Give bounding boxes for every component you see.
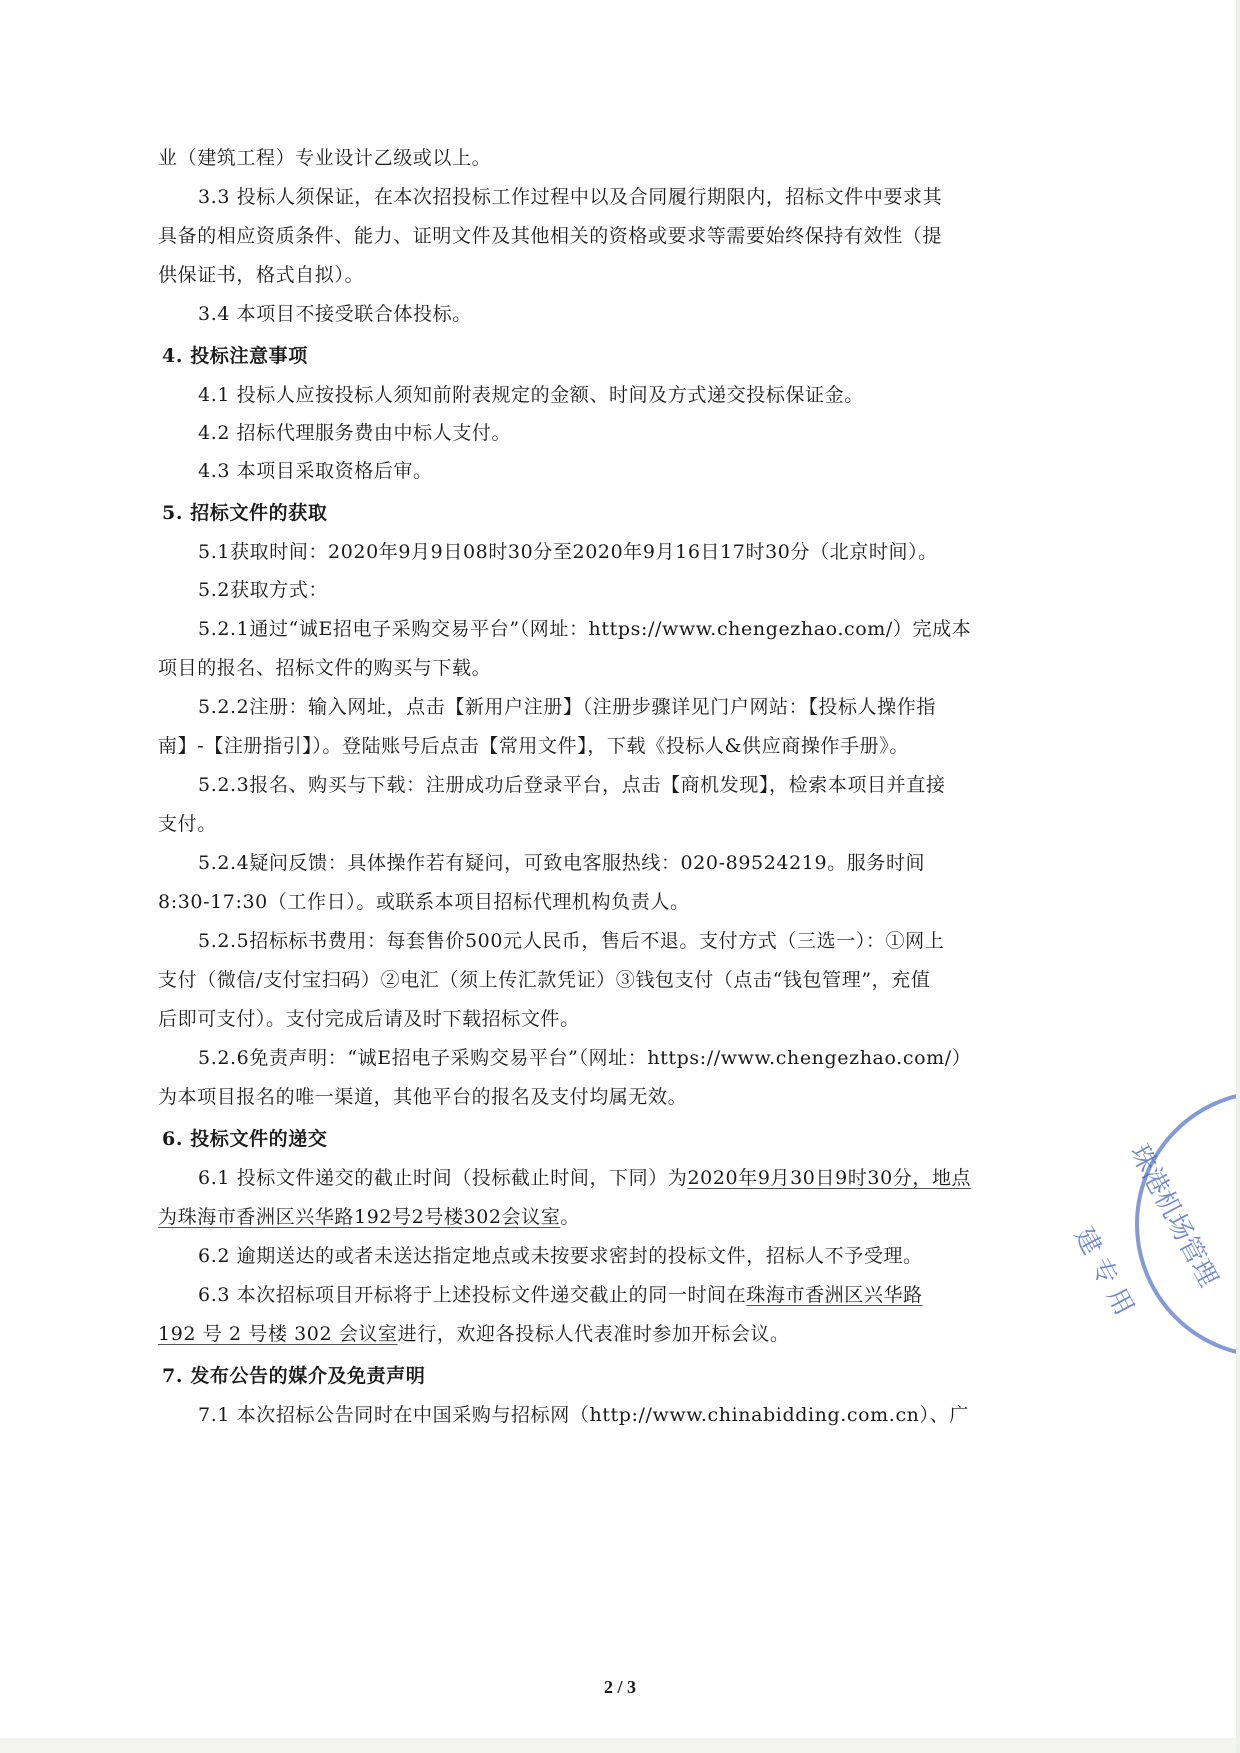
paragraph-6-1-line-1: 6.1 投标文件递交的截止时间（投标截止时间，下同）为2020年9月30日9时3… [198, 1166, 971, 1190]
paragraph-6-3-line-1: 6.3 本次招标项目开标将于上述投标文件递交截止的同一时间在珠海市香洲区兴华路 [198, 1283, 923, 1307]
paragraph-4-3: 4.3 本项目采取资格后审。 [198, 459, 433, 483]
paragraph-6-1-location-underlined: 为珠海市香洲区兴华路192号2号楼302会议室 [158, 1206, 560, 1228]
paragraph-3-3-line-2: 具备的相应资质条件、能力、证明文件及其他相关的资格或要求等需要始终保持有效性（提 [158, 224, 942, 248]
paragraph-6-1-suffix: 。 [560, 1206, 580, 1228]
section-7-heading: 7. 发布公告的媒介及免责声明 [162, 1364, 425, 1388]
document-page: 业（建筑工程）专业设计乙级或以上。 3.3 投标人须保证，在本次招投标工作过程中… [0, 0, 1240, 1753]
paragraph-6-1-prefix: 6.1 投标文件递交的截止时间（投标截止时间，下同）为 [198, 1167, 687, 1189]
paragraph-5-2-2-line-1: 5.2.2注册：输入网址，点击【新用户注册】（注册步骤详见门户网站：【投标人操作… [198, 695, 936, 719]
paragraph-6-2: 6.2 逾期送达的或者未送达指定地点或未按要求密封的投标文件，招标人不予受理。 [198, 1244, 923, 1268]
page-number: 2 / 3 [0, 1677, 1240, 1698]
paragraph-6-3-prefix: 6.3 本次招标项目开标将于上述投标文件递交截止的同一时间在 [198, 1284, 746, 1306]
paragraph-5-2-1-line-1: 5.2.1通过“诚E招电子采购交易平台”（网址：https://www.chen… [198, 617, 971, 641]
paragraph-5-2-3-line-2: 支付。 [158, 812, 217, 836]
paragraph-5-2-5-line-3: 后即可支付）。支付完成后请及时下载招标文件。 [158, 1007, 580, 1031]
paragraph-4-2: 4.2 招标代理服务费由中标人支付。 [198, 421, 511, 445]
paragraph-5-2-6-line-1: 5.2.6免责声明：“诚E招电子采购交易平台”（网址：https://www.c… [198, 1046, 971, 1070]
paragraph-5-2-5-line-1: 5.2.5招标标书费用：每套售价500元人民币，售后不退。支付方式（三选一）：①… [198, 929, 944, 953]
paragraph-5-2: 5.2获取方式： [198, 578, 328, 602]
paragraph-5-2-4-line-2: 8:30-17:30（工作日）。或联系本项目招标代理机构负责人。 [158, 890, 690, 914]
paragraph-6-3-location-underlined: 珠海市香洲区兴华路 [746, 1284, 922, 1306]
paragraph-5-2-3-line-1: 5.2.3报名、购买与下载：注册成功后登录平台，点击【商机发现】，检索本项目并直… [198, 773, 945, 797]
section-6-heading: 6. 投标文件的递交 [162, 1127, 327, 1151]
paragraph-6-3-line-2: 192 号 2 号楼 302 会议室进行，欢迎各投标人代表准时参加开标会议。 [158, 1322, 790, 1346]
paragraph-3-2-continuation: 业（建筑工程）专业设计乙级或以上。 [158, 146, 491, 170]
paragraph-6-3-suffix: 进行，欢迎各投标人代表准时参加开标会议。 [398, 1323, 790, 1345]
paragraph-5-1: 5.1获取时间：2020年9月9日08时30分至2020年9月16日17时30分… [198, 540, 938, 564]
scan-right-edge [1236, 0, 1240, 1753]
paragraph-3-3-line-3: 供保证书，格式自拟）。 [158, 263, 364, 287]
paragraph-3-4: 3.4 本项目不接受联合体投标。 [198, 302, 472, 326]
paragraph-3-3-line-1: 3.3 投标人须保证，在本次招投标工作过程中以及合同履行期限内，招标文件中要求其 [198, 185, 942, 209]
scan-bottom-edge [0, 1738, 1240, 1753]
paragraph-4-1: 4.1 投标人应按投标人须知前附表规定的金额、时间及方式递交投标保证金。 [198, 383, 864, 407]
section-5-heading: 5. 招标文件的获取 [162, 501, 327, 525]
section-4-heading: 4. 投标注意事项 [162, 344, 308, 368]
paragraph-5-2-5-line-2: 支付（微信/支付宝扫码）②电汇（须上传汇款凭证）③钱包支付（点击“钱包管理”，充… [158, 968, 930, 992]
paragraph-6-1-line-2: 为珠海市香洲区兴华路192号2号楼302会议室。 [158, 1205, 580, 1229]
paragraph-5-2-6-line-2: 为本项目报名的唯一渠道，其他平台的报名及支付均属无效。 [158, 1085, 687, 1109]
paragraph-5-2-2-line-2: 南】-【注册指引】）。登陆账号后点击【常用文件】，下载《投标人&供应商操作手册》… [158, 734, 909, 758]
paragraph-7-1: 7.1 本次招标公告同时在中国采购与招标网（http://www.chinabi… [198, 1403, 969, 1427]
paragraph-6-3-room-underlined: 192 号 2 号楼 302 会议室 [158, 1323, 398, 1345]
paragraph-6-1-deadline-underlined: 2020年9月30日9时30分，地点 [687, 1167, 971, 1189]
official-seal-inner-text: 建 专 用 [1067, 1220, 1144, 1321]
paragraph-5-2-4-line-1: 5.2.4疑问反馈：具体操作若有疑问，可致电客服热线：020-89524219。… [198, 851, 925, 875]
paragraph-5-2-1-line-2: 项目的报名、招标文件的购买与下载。 [158, 656, 491, 680]
